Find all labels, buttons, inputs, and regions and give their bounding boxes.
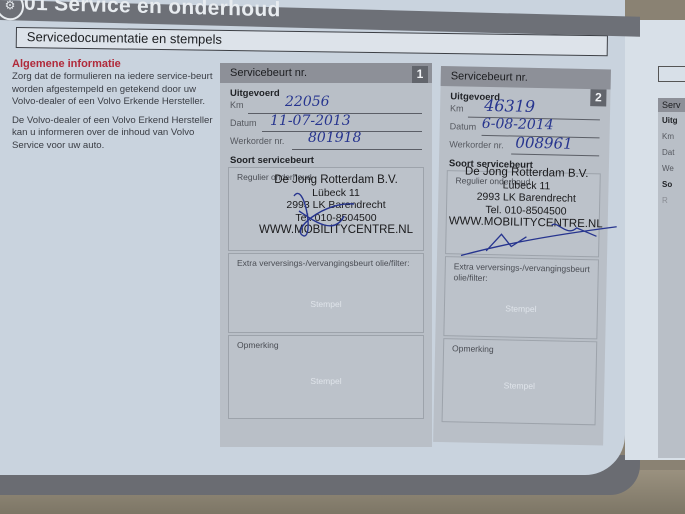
order-value: 008961 <box>515 134 573 153</box>
stamp-placeholder: Stempel <box>229 299 423 309</box>
next-service-card: Serv Uitg Km Dat We So R <box>658 98 685 458</box>
extra-label: Extra verversings-/vervangingsbeurt olie… <box>453 261 597 286</box>
info-heading: Algemene informatie <box>12 58 217 70</box>
performed-label: Uitgevoerd <box>230 88 280 99</box>
next-page: Serv Uitg Km Dat We So R <box>625 20 685 460</box>
service-card-1: Servicebeurt nr. 1 Uitgevoerd Km 22056 D… <box>220 63 432 447</box>
remark-label: Opmerking <box>237 340 279 351</box>
next-regular-label: R <box>662 196 668 205</box>
order-label: Werkorder nr. <box>230 136 284 146</box>
dealer-stamp: De Jong Rotterdam B.V. Lübeck 11 2993 LK… <box>251 174 421 237</box>
regular-service-panel: Regulier onderhoud De Jong Rotterdam B.V… <box>445 170 601 257</box>
stamp-placeholder: Stempel <box>445 302 597 315</box>
next-card-header: Serv <box>658 98 685 112</box>
info-paragraph-2: De Volvo-dealer of een Volvo Erkend Hers… <box>12 115 217 153</box>
extra-service-panel: Extra verversings-/vervangingsbeurt olie… <box>443 256 599 339</box>
date-value: 6-08-2014 <box>482 116 554 134</box>
stamp-street: Lübeck 11 <box>251 187 421 200</box>
card-header-label: Servicebeurt nr. <box>230 67 307 79</box>
date-label: Datum <box>450 121 477 132</box>
regular-service-panel: Regulier onderhoud De Jong Rotterdam B.V… <box>228 167 424 251</box>
order-value: 801918 <box>308 130 361 146</box>
card-header: Servicebeurt nr. 2 <box>441 66 611 90</box>
order-field[interactable]: Werkorder nr. 008961 <box>449 139 599 156</box>
section-title: Servicedocumentatie en stempels <box>27 29 222 47</box>
remark-label: Opmerking <box>452 343 494 355</box>
stamp-web: WWW.MOBILITYCENTRE.NL <box>251 224 421 237</box>
booklet-page: ⚙ 01 Service en onderhoud Servicedocumen… <box>0 0 625 475</box>
service-card-2: Servicebeurt nr. 2 Uitgevoerd Km 46319 D… <box>433 66 611 445</box>
km-label: Km <box>450 103 464 113</box>
extra-service-panel: Extra verversings-/vervangingsbeurt olie… <box>228 253 424 333</box>
remark-panel: Opmerking Stempel <box>228 335 424 419</box>
general-info: Algemene informatie Zorg dat de formulie… <box>12 58 217 158</box>
card-number: 1 <box>412 66 428 83</box>
km-label: Km <box>230 100 244 110</box>
chapter-title: 01 Service en onderhoud <box>24 0 281 22</box>
card-number: 2 <box>590 89 606 106</box>
next-section-box <box>658 66 685 82</box>
order-field[interactable]: Werkorder nr. 801918 <box>230 136 422 150</box>
date-value: 11-07-2013 <box>270 113 351 129</box>
wrench-icon: ⚙ <box>0 0 24 21</box>
stamp-name: De Jong Rotterdam B.V. <box>251 174 421 187</box>
extra-label: Extra verversings-/vervangingsbeurt olie… <box>237 258 409 269</box>
stamp-phone: Tel. 010-8504500 <box>251 212 421 225</box>
km-value: 22056 <box>285 94 330 110</box>
card-header: Servicebeurt nr. 1 <box>220 63 432 83</box>
stamp-placeholder: Stempel <box>229 376 423 386</box>
next-km-label: Km <box>662 132 674 141</box>
km-field[interactable]: Km 22056 <box>230 100 422 114</box>
service-type-label: Soort servicebeurt <box>230 155 314 166</box>
remark-panel: Opmerking Stempel <box>442 338 598 425</box>
next-date-label: Dat <box>662 148 674 157</box>
stamp-placeholder: Stempel <box>443 379 595 392</box>
order-label: Werkorder nr. <box>449 139 504 150</box>
next-service-type-label: So <box>662 180 672 189</box>
date-label: Datum <box>230 118 257 128</box>
card-header-label: Servicebeurt nr. <box>451 70 528 84</box>
km-value: 46319 <box>484 96 535 116</box>
dealer-stamp: De Jong Rotterdam B.V. Lübeck 11 2993 LK… <box>441 165 612 231</box>
next-order-label: We <box>662 164 674 173</box>
stamp-web: WWW.MOBILITYCENTRE.NL <box>441 215 611 231</box>
info-paragraph-1: Zorg dat de formulieren na iedere servic… <box>12 71 217 109</box>
stamp-city: 2993 LK Barendrecht <box>251 199 421 212</box>
next-performed-label: Uitg <box>662 116 678 125</box>
